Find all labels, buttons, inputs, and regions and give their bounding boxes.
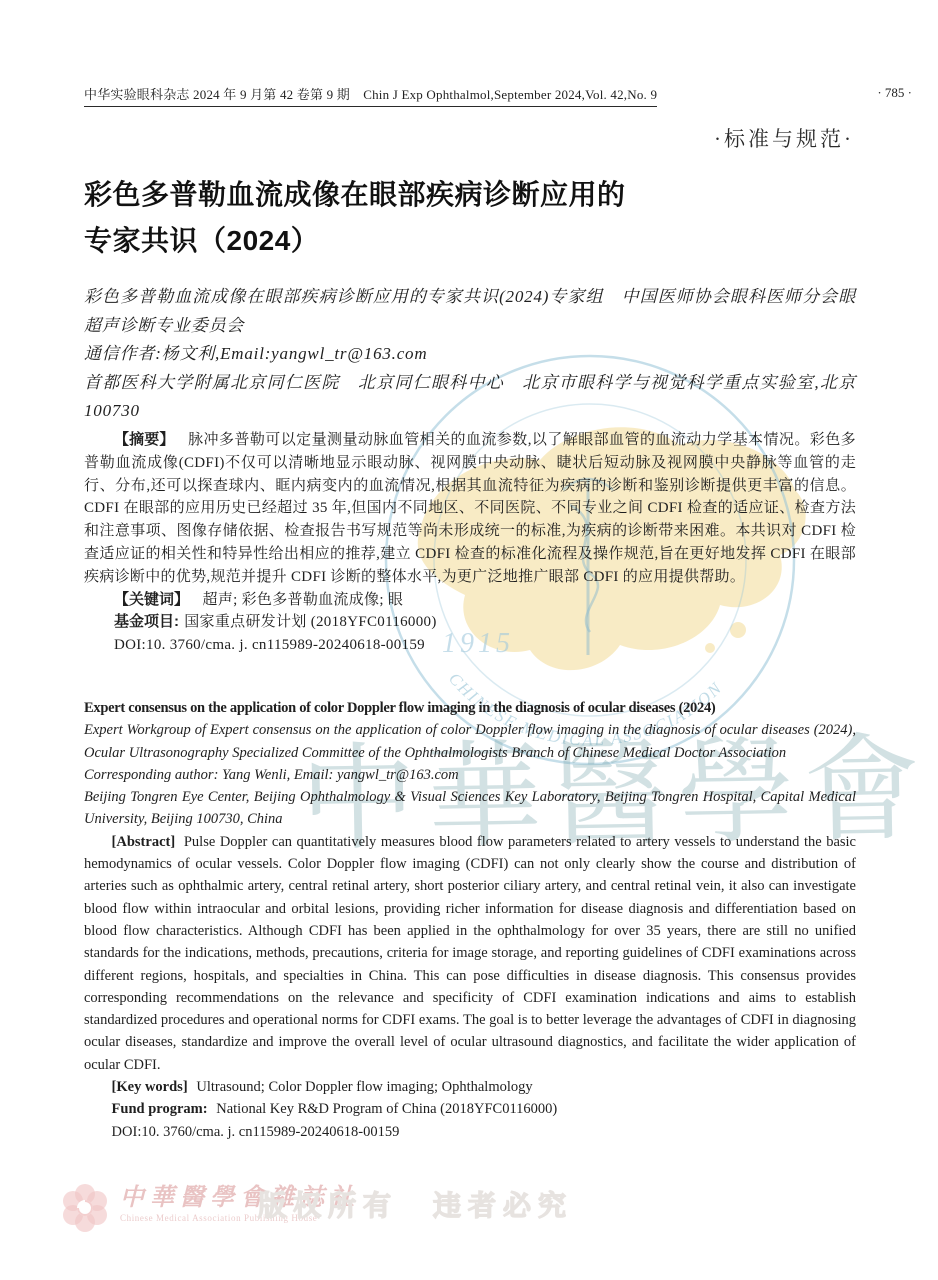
article-title-line2: 专家共识（2024）	[84, 218, 824, 264]
doi-line-en: DOI:10. 3760/cma. j. cn115989-20240618-0…	[84, 1121, 856, 1143]
section-label: ·标准与规范·	[714, 123, 854, 153]
article-title-line1: 彩色多普勒血流成像在眼部疾病诊断应用的	[84, 172, 824, 218]
article-title-en: Expert consensus on the application of c…	[84, 697, 856, 719]
affiliation-cn: 首都医科大学附属北京同仁医院 北京同仁眼科中心 北京市眼科学与视觉科学重点实验室…	[84, 369, 856, 426]
doi-line-cn: DOI:10. 3760/cma. j. cn115989-20240618-0…	[84, 634, 856, 657]
abstract-paragraph-en: [Abstract]Pulse Doppler can quantitative…	[84, 831, 856, 1076]
abstract-paragraph-cn: 【摘要】脉冲多普勒可以定量测量动脉血管相关的血流参数,以了解眼部血管的血流动力学…	[84, 429, 856, 589]
keywords-label-en: [Key words]	[112, 1079, 188, 1095]
keywords-line-cn: 【关键词】超声; 彩色多普勒血流成像; 眼	[84, 589, 856, 612]
journal-header: 中华实验眼科杂志 2024 年 9 月第 42 卷第 9 期 Chin J Ex…	[84, 84, 912, 107]
affiliation-en: Beijing Tongren Eye Center, Beijing Opht…	[84, 786, 856, 831]
keywords-text-cn: 超声; 彩色多普勒血流成像; 眼	[203, 592, 404, 608]
english-block: Expert consensus on the application of c…	[84, 697, 856, 1143]
fund-label-cn: 基金项目:	[114, 613, 179, 630]
corresponding-author-en: Corresponding author: Yang Wenli, Email:…	[84, 764, 856, 786]
fund-line-cn: 基金项目:国家重点研发计划 (2018YFC0116000)	[84, 611, 856, 634]
keywords-text-en: Ultrasound; Color Doppler flow imaging; …	[196, 1079, 532, 1095]
corresponding-author-cn: 通信作者:杨文利,Email:yangwl_tr@163.com	[84, 340, 856, 369]
fund-line-en: Fund program:National Key R&D Program of…	[84, 1098, 856, 1120]
page-number: · 785 ·	[877, 84, 912, 101]
abstract-label-cn: 【摘要】	[114, 431, 175, 448]
abstract-block-cn: 【摘要】脉冲多普勒可以定量测量动脉血管相关的血流参数,以了解眼部血管的血流动力学…	[84, 429, 856, 657]
abstract-text-en: Pulse Doppler can quantitatively measure…	[84, 834, 856, 1073]
doi-text-cn: DOI:10. 3760/cma. j. cn115989-20240618-0…	[114, 637, 425, 653]
abstract-text-cn: 脉冲多普勒可以定量测量动脉血管相关的血流参数,以了解眼部血管的血流动力学基本情况…	[84, 432, 856, 585]
fund-label-en: Fund program:	[112, 1101, 208, 1117]
abstract-label-en: [Abstract]	[112, 834, 176, 850]
keywords-line-en: [Key words]Ultrasound; Color Doppler flo…	[84, 1076, 856, 1098]
author-group: 彩色多普勒血流成像在眼部疾病诊断应用的专家共识(2024)专家组 中国医师协会眼…	[84, 283, 856, 340]
doi-text-en: DOI:10. 3760/cma. j. cn115989-20240618-0…	[112, 1124, 400, 1140]
fund-text-cn: 国家重点研发计划 (2018YFC0116000)	[184, 614, 436, 630]
page-content: 中华实验眼科杂志 2024 年 9 月第 42 卷第 9 期 Chin J Ex…	[0, 0, 938, 1280]
journal-page: 1915 CHINESE MEDICAL ASSOCIATION 中華醫學會	[0, 0, 938, 1280]
keywords-label-cn: 【关键词】	[114, 591, 189, 608]
author-block: 彩色多普勒血流成像在眼部疾病诊断应用的专家共识(2024)专家组 中国医师协会眼…	[84, 283, 856, 426]
workgroup-en: Expert Workgroup of Expert consensus on …	[84, 719, 856, 764]
fund-text-en: National Key R&D Program of China (2018Y…	[216, 1101, 557, 1117]
journal-title-line: 中华实验眼科杂志 2024 年 9 月第 42 卷第 9 期 Chin J Ex…	[84, 84, 657, 107]
article-title: 彩色多普勒血流成像在眼部疾病诊断应用的 专家共识（2024）	[84, 172, 824, 264]
